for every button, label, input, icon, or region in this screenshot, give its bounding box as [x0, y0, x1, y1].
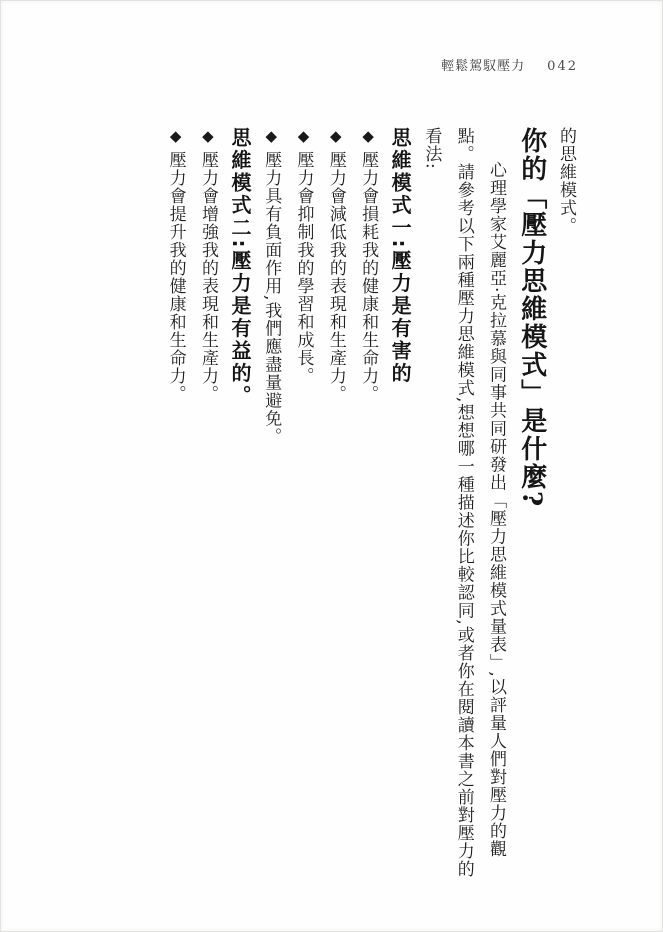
diamond-bullet-icon: ◆ — [167, 127, 185, 146]
bullet-text: 壓力會損耗我的健康和生命力。 — [358, 151, 378, 403]
mindset-1-bullet-2: ◆壓力會減低我的表現和生產力。 — [320, 127, 352, 879]
diamond-bullet-icon: ◆ — [295, 127, 313, 146]
mindset-2-bullet-1: ◆壓力會增強我的表現和生產力。 — [192, 127, 224, 879]
diamond-bullet-icon: ◆ — [327, 127, 345, 146]
page-number: 042 — [547, 59, 578, 74]
mindset-1-bullet-3: ◆壓力會抑制我的學習和成長。 — [287, 127, 319, 879]
continuation-paragraph: 的思維模式。 — [550, 127, 582, 879]
running-head: 輕鬆駕馭壓力 042 — [441, 55, 578, 74]
bullet-text: 壓力會增強我的表現和生產力。 — [198, 151, 218, 403]
mindset-1-bullet-1: ◆壓力會損耗我的健康和生命力。 — [352, 127, 384, 879]
bullet-text: 壓力會減低我的表現和生產力。 — [326, 151, 346, 403]
bullet-text: 壓力會抑制我的學習和成長。 — [294, 151, 314, 385]
intro-paragraph: 心理學家艾麗亞·克拉慕與同事共同研發出「壓力思維模式量表」,以評量人們對壓力的觀… — [415, 127, 512, 879]
mindset-2-heading: 思維模式二:壓力是有益的。 — [224, 127, 255, 879]
bullet-text: 壓力會提升我的健康和生命力。 — [166, 151, 186, 403]
diamond-bullet-icon: ◆ — [199, 127, 217, 146]
section-title: 你的「壓力思維模式」是什麼? — [512, 127, 550, 879]
diamond-bullet-icon: ◆ — [359, 127, 377, 146]
main-text-block: 的思維模式。 你的「壓力思維模式」是什麼? 心理學家艾麗亞·克拉慕與同事共同研發… — [159, 127, 582, 879]
diamond-bullet-icon: ◆ — [262, 127, 280, 146]
book-page: 輕鬆駕馭壓力 042 的思維模式。 你的「壓力思維模式」是什麼? 心理學家艾麗亞… — [0, 0, 663, 932]
mindset-1-heading: 思維模式一:壓力是有害的 — [384, 127, 415, 879]
running-head-book-title: 輕鬆駕馭壓力 — [441, 55, 525, 74]
mindset-1-bullet-4: ◆壓力具有負面作用,我們應盡量避免。 — [255, 127, 287, 879]
mindset-2-bullet-2: ◆壓力會提升我的健康和生命力。 — [159, 127, 191, 879]
bullet-text: 壓力具有負面作用,我們應盡量避免。 — [261, 151, 281, 445]
